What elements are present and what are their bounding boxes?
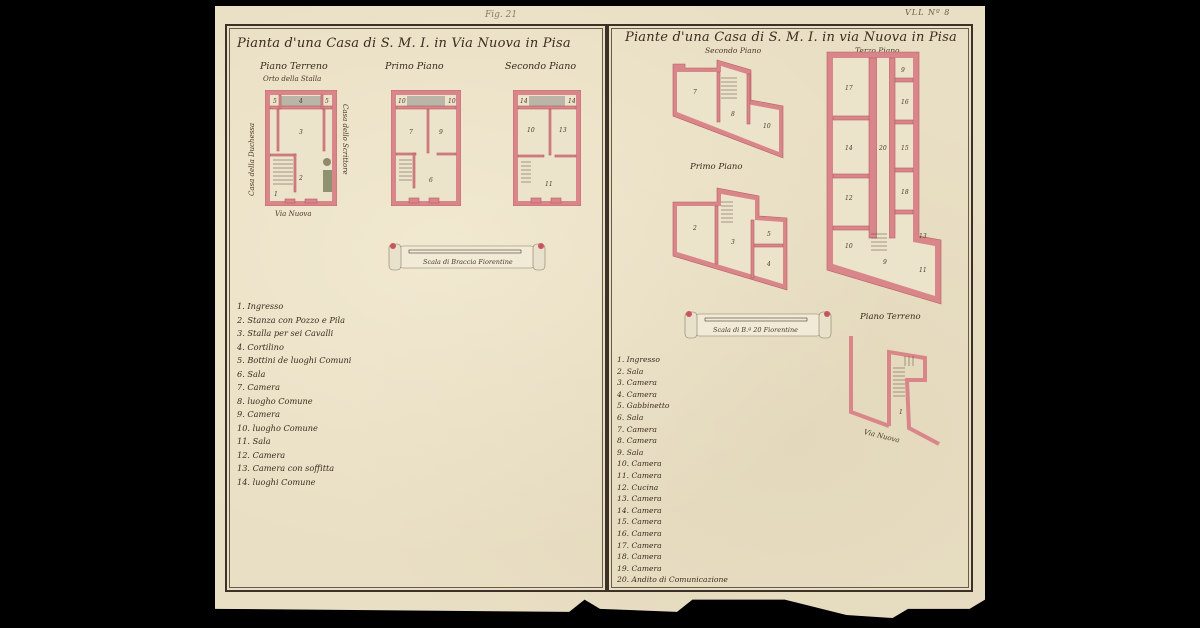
legend-item: 17. Camera <box>617 540 728 552</box>
legend-item: 9. Camera <box>237 408 351 422</box>
svg-text:20: 20 <box>878 145 887 152</box>
svg-text:4: 4 <box>298 98 303 105</box>
left-legend: 1. Ingresso 2. Stanza con Pozzo e Pila 3… <box>237 300 351 489</box>
svg-text:5: 5 <box>273 98 277 105</box>
svg-text:8: 8 <box>731 111 735 118</box>
legend-item: 15. Camera <box>617 516 728 528</box>
svg-text:10: 10 <box>845 243 853 250</box>
svg-text:4: 4 <box>766 261 771 268</box>
legend-item: 5. Gabbinetto <box>617 400 728 412</box>
legend-item: 8. luogho Comune <box>237 395 351 409</box>
svg-text:10: 10 <box>448 98 456 105</box>
svg-text:16: 16 <box>901 99 909 106</box>
legend-item: 6. Sala <box>237 368 351 382</box>
right-second-floor-plan: 7810 <box>671 58 789 166</box>
right-plate-title: Piante d'una Casa di S. M. I. in via Nuo… <box>625 30 957 45</box>
legend-item: 3. Stalla per sei Cavalli <box>237 327 351 341</box>
svg-text:12: 12 <box>845 195 853 202</box>
legend-item: 14. Camera <box>617 505 728 517</box>
left-ground-side-right: Casa dello Scrittore <box>341 104 349 175</box>
svg-text:9: 9 <box>439 129 443 136</box>
legend-item: 2. Stanza con Pozzo e Pila <box>237 314 351 328</box>
svg-text:11: 11 <box>919 267 927 274</box>
left-first-floor-plan: 79 6 1010 <box>391 90 461 206</box>
legend-item: 1. Ingresso <box>617 354 728 366</box>
catalog-reference: VLL Nº 8 <box>905 8 950 17</box>
svg-text:14: 14 <box>520 98 528 105</box>
legend-item: 10. Camera <box>617 458 728 470</box>
legend-item: 7. Camera <box>237 381 351 395</box>
pencil-annotation: Fig. 21 <box>485 10 517 20</box>
svg-text:9: 9 <box>883 259 887 266</box>
svg-text:10: 10 <box>527 127 535 134</box>
legend-item: 8. Camera <box>617 435 728 447</box>
right-scale-bar: Scala di B.ª 20 Fiorentine <box>683 308 833 342</box>
legend-item: 1. Ingresso <box>237 300 351 314</box>
svg-text:6: 6 <box>429 177 433 184</box>
svg-text:18: 18 <box>901 189 909 196</box>
document-sheet: Fig. 21 VLL Nº 8 Pianta d'una Casa di S.… <box>215 6 985 618</box>
legend-item: 16. Camera <box>617 528 728 540</box>
left-ground-floor-plan: 32 455 1 <box>265 90 337 206</box>
legend-item: 6. Sala <box>617 412 728 424</box>
right-legend: 1. Ingresso 2. Sala 3. Camera 4. Camera … <box>617 354 728 586</box>
left-plate-title: Pianta d'una Casa di S. M. I. in Via Nuo… <box>237 36 571 51</box>
svg-text:11: 11 <box>545 181 553 188</box>
legend-item: 12. Cucina <box>617 482 728 494</box>
svg-text:3: 3 <box>299 129 303 136</box>
svg-text:1: 1 <box>274 191 278 198</box>
legend-item: 20. Andito di Comunicazione <box>617 574 728 586</box>
svg-text:13: 13 <box>559 127 567 134</box>
legend-item: 11. Sala <box>237 435 351 449</box>
legend-item: 13. Camera con soffitta <box>237 462 351 476</box>
left-ground-note: Orto della Stalla <box>263 75 321 83</box>
svg-text:2: 2 <box>298 175 303 182</box>
legend-item: 7. Camera <box>617 424 728 436</box>
svg-text:5: 5 <box>325 98 329 105</box>
legend-item: 13. Camera <box>617 493 728 505</box>
legend-item: 11. Camera <box>617 470 728 482</box>
svg-text:15: 15 <box>901 145 909 152</box>
svg-text:7: 7 <box>693 89 697 96</box>
left-floor-title-second: Secondo Piano <box>505 61 576 72</box>
left-floor-title-first: Primo Piano <box>385 61 444 72</box>
svg-text:9: 9 <box>901 67 905 74</box>
legend-item: 2. Sala <box>617 366 728 378</box>
legend-item: 4. Cortilino <box>237 341 351 355</box>
legend-item: 14. luoghi Comune <box>237 476 351 490</box>
svg-text:2: 2 <box>692 225 697 232</box>
legend-item: 9. Sala <box>617 447 728 459</box>
legend-item: 5. Bottini de luoghi Comuni <box>237 354 351 368</box>
svg-text:3: 3 <box>731 239 735 246</box>
legend-item: 4. Camera <box>617 389 728 401</box>
svg-text:5: 5 <box>767 231 771 238</box>
legend-item: 19. Camera <box>617 563 728 575</box>
left-floor-title-ground: Piano Terreno <box>260 61 328 72</box>
legend-item: 10. luogho Comune <box>237 422 351 436</box>
right-third-floor-plan: 179 1614 2015 1218 109 1311 <box>825 50 945 306</box>
svg-text:13: 13 <box>919 233 927 240</box>
legend-item: 3. Camera <box>617 377 728 389</box>
right-first-floor-plan: 23 54 <box>671 186 791 292</box>
legend-item: 12. Camera <box>237 449 351 463</box>
svg-text:1: 1 <box>899 409 903 416</box>
svg-text:10: 10 <box>398 98 406 105</box>
left-scale-bar: Scala di Braccia Fiorentine <box>387 240 547 274</box>
right-floor-title-second: Secondo Piano <box>705 46 761 55</box>
legend-item: 18. Camera <box>617 551 728 563</box>
left-ground-side-left: Casa della Duchessa <box>248 123 256 196</box>
svg-text:14: 14 <box>568 98 576 105</box>
right-scale-caption: Scala di B.ª 20 Fiorentine <box>713 326 798 334</box>
svg-text:17: 17 <box>845 85 853 92</box>
left-ground-street: Via Nuova <box>275 210 312 218</box>
svg-text:14: 14 <box>845 145 853 152</box>
svg-text:10: 10 <box>763 123 771 130</box>
left-scale-caption: Scala di Braccia Fiorentine <box>423 258 513 266</box>
left-second-floor-plan: 1013 11 1414 <box>513 90 581 206</box>
svg-text:7: 7 <box>409 129 413 136</box>
right-floor-title-ground: Piano Terreno <box>860 312 921 322</box>
